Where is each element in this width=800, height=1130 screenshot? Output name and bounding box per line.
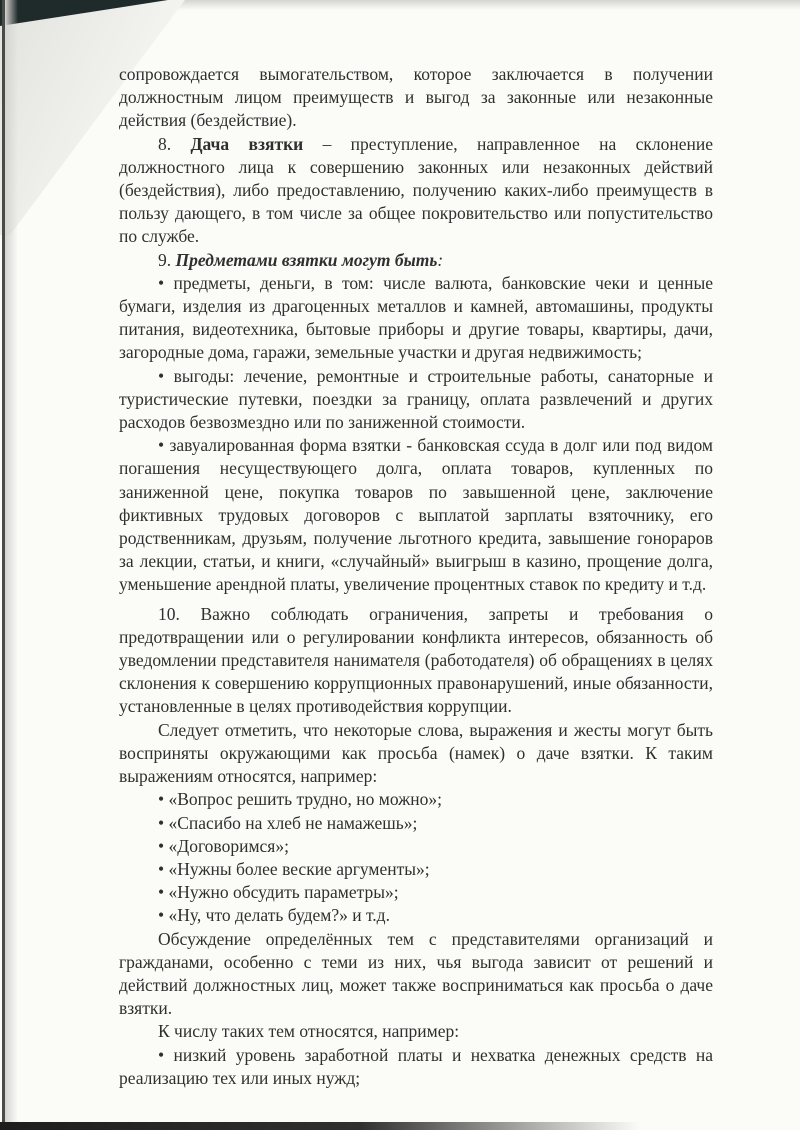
scan-left-edge-shadow [5, 0, 18, 1130]
scan-left-edge-line [2, 0, 5, 1130]
text-run: Обсуждение определённых тем с представит… [119, 929, 713, 1019]
bullet-item: • выгоды: лечение, ремонтные и строитель… [119, 365, 713, 435]
paragraph: Обсуждение определённых тем с представит… [119, 928, 713, 1021]
text-run: • предметы, деньги, в том: числе валюта,… [119, 273, 713, 363]
scanned-page: сопровождается вымогательством, которое … [0, 0, 800, 1130]
text-run: Следует отметить, что некоторые слова, в… [119, 720, 713, 786]
text-run: • «Спасибо на хлеб не намажешь»; [158, 813, 417, 833]
paragraph: 9. Предметами взятки могут быть: [119, 249, 713, 272]
bullet-item: • «Спасибо на хлеб не намажешь»; [119, 812, 713, 835]
text-run: сопровождается вымогательством, которое … [119, 64, 713, 130]
bullet-item: • «Ну, что делать будем?» и т.д. [119, 904, 713, 927]
bullet-item: • «Вопрос решить трудно, но можно»; [119, 788, 713, 811]
bullet-item: • низкий уровень заработной платы и нехв… [119, 1044, 713, 1090]
text-run: • низкий уровень заработной платы и нехв… [119, 1045, 713, 1088]
text-run: 8. [158, 134, 190, 154]
text-run: • «Ну, что делать будем?» и т.д. [158, 905, 390, 925]
text-run: • «Нужно обсудить параметры»; [158, 882, 399, 902]
text-run: Предметами взятки могут быть [176, 250, 438, 270]
paragraph: К числу таких тем относятся, например: [119, 1020, 713, 1043]
bullet-item: • «Нужны более веские аргументы»; [119, 858, 713, 881]
bullet-item: • предметы, деньги, в том: числе валюта,… [119, 272, 713, 365]
paragraph: Следует отметить, что некоторые слова, в… [119, 719, 713, 789]
text-run: • «Вопрос решить трудно, но можно»; [158, 789, 442, 809]
text-run: : [437, 250, 443, 270]
paragraph: 8. Дача взятки – преступление, направлен… [119, 133, 713, 249]
bullet-item: • завуалированная форма взятки - банковс… [119, 434, 713, 596]
text-run: Дача взятки [190, 134, 303, 154]
text-run: • завуалированная форма взятки - банковс… [119, 435, 713, 594]
text-run: 9. [158, 250, 176, 270]
document-body: сопровождается вымогательством, которое … [119, 63, 713, 1090]
paragraph: 10. Важно соблюдать ограничения, запреты… [119, 603, 713, 719]
text-run: • «Нужны более веские аргументы»; [158, 859, 430, 879]
scan-bottom-bar [0, 1122, 800, 1130]
text-run: • «Договоримся»; [158, 836, 289, 856]
text-run: К числу таких тем относятся, например: [158, 1021, 459, 1041]
text-run: • выгоды: лечение, ремонтные и строитель… [119, 366, 713, 432]
bullet-item: • «Нужно обсудить параметры»; [119, 881, 713, 904]
bullet-item: • «Договоримся»; [119, 835, 713, 858]
text-run: 10. Важно соблюдать ограничения, запреты… [119, 604, 713, 717]
paragraph: сопровождается вымогательством, которое … [119, 63, 713, 133]
